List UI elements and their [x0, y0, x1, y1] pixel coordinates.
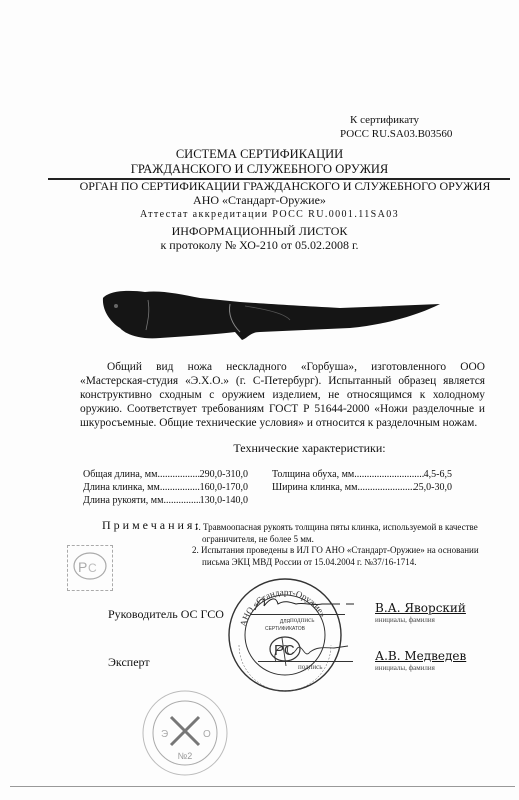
description-text: Общий вид ножа нескладного «Горбуша», из…: [80, 361, 485, 429]
spec-value: 25,0-30,0: [414, 481, 452, 494]
specs-right-column: Толщина обуха, мм4,5-6,5 Ширина клинка, …: [272, 468, 452, 494]
organization-name: АНО «Стандарт-Оружие»: [0, 193, 519, 208]
notes-section: Примечания: 1. Травмоопасная рукоять тол…: [102, 520, 502, 533]
bottom-edge: [10, 786, 515, 787]
specs-left-column: Общая длина, мм290,0-310,0 Длина клинка,…: [83, 468, 248, 507]
signer-name-expert: А.В. Медведев: [375, 649, 466, 663]
spec-label: Длина клинка, мм: [83, 481, 160, 494]
name-caption-2: инициалы, фамилия: [375, 664, 435, 672]
signer-role-expert: Эксперт: [108, 655, 150, 670]
protocol-reference: к протоколу № ХО-210 от 05.02.2008 г.: [0, 238, 519, 253]
system-title-line2: ГРАЖДАНСКОГО И СЛУЖЕБНОГО ОРУЖИЯ: [0, 162, 519, 177]
certificate-ref-number: РОСС RU.SA03.B03560: [340, 128, 452, 140]
certification-mark-icon: Р С: [67, 545, 113, 591]
svg-text:Э: Э: [161, 729, 168, 740]
svg-text:РС: РС: [274, 642, 295, 659]
name-caption-1: инициалы, фамилия: [375, 616, 435, 624]
certificate-reference: К сертификату РОСС RU.SA03.B03560: [340, 113, 510, 141]
spec-row: Ширина клинка, мм25,0-30,0: [272, 481, 452, 494]
notes-title: Примечания:: [102, 518, 202, 532]
spec-label: Ширина клинка, мм: [272, 481, 357, 494]
spec-label: Длина рукояти, мм: [83, 494, 163, 507]
spec-row: Длина рукояти, мм130,0-140,0: [83, 494, 248, 507]
spec-value: 160,0-170,0: [200, 481, 248, 494]
note-1-line2: ограничителя, не более 5 мм.: [202, 534, 314, 546]
document-heading: ИНФОРМАЦИОННЫЙ ЛИСТОК: [0, 224, 519, 239]
spec-row: Длина клинка, мм160,0-170,0: [83, 481, 248, 494]
spec-value: 4,5-6,5: [424, 468, 452, 481]
spec-value: 130,0-140,0: [200, 494, 248, 507]
svg-text:ДЛЯ: ДЛЯ: [280, 619, 291, 625]
spec-label: Толщина обуха, мм: [272, 468, 354, 481]
spec-row: Толщина обуха, мм4,5-6,5: [272, 468, 452, 481]
spec-label: Общая длина, мм: [83, 468, 157, 481]
system-title-line1: СИСТЕМА СЕРТИФИКАЦИИ: [0, 147, 519, 162]
certificate-ref-label: К сертификату: [340, 113, 510, 127]
note-2-line1: 2. Испытания проведены в ИЛ ГО АНО «Стан…: [192, 545, 492, 557]
svg-text:О: О: [203, 729, 211, 740]
note-1-line1: 1. Травмоопасная рукоять толщина пяты кл…: [194, 522, 494, 534]
signer-name-head: В.А. Яворский: [375, 601, 466, 615]
svg-text:Р: Р: [78, 559, 87, 575]
organ-title: ОРГАН ПО СЕРТИФИКАЦИИ ГРАЖДАНСКОГО И СЛУ…: [55, 179, 515, 194]
svg-text:№2: №2: [178, 751, 193, 761]
signer-role-head: Руководитель ОС ГСО: [108, 607, 224, 622]
accreditation-attestat: Аттестат аккредитации РОСС RU.0001.11SA0…: [10, 207, 519, 222]
official-seal-icon: АНО «Стандарт-Оружие» ДЛЯ СЕРТИФИКАТОВ Р…: [225, 575, 345, 695]
description-paragraph: Общий вид ножа нескладного «Горбуша», из…: [80, 360, 485, 430]
svg-text:СЕРТИФИКАТОВ: СЕРТИФИКАТОВ: [265, 626, 306, 632]
note-2-line2: письма ЭКЦ МВД России от 15.04.2004 г. №…: [202, 557, 417, 569]
knife-image: [100, 280, 460, 350]
laboratory-seal-icon: Э О №2: [135, 685, 235, 785]
spec-value: 290,0-310,0: [200, 468, 248, 481]
spec-row: Общая длина, мм290,0-310,0: [83, 468, 248, 481]
svg-text:С: С: [88, 561, 97, 575]
specs-title: Технические характеристики:: [0, 441, 519, 456]
